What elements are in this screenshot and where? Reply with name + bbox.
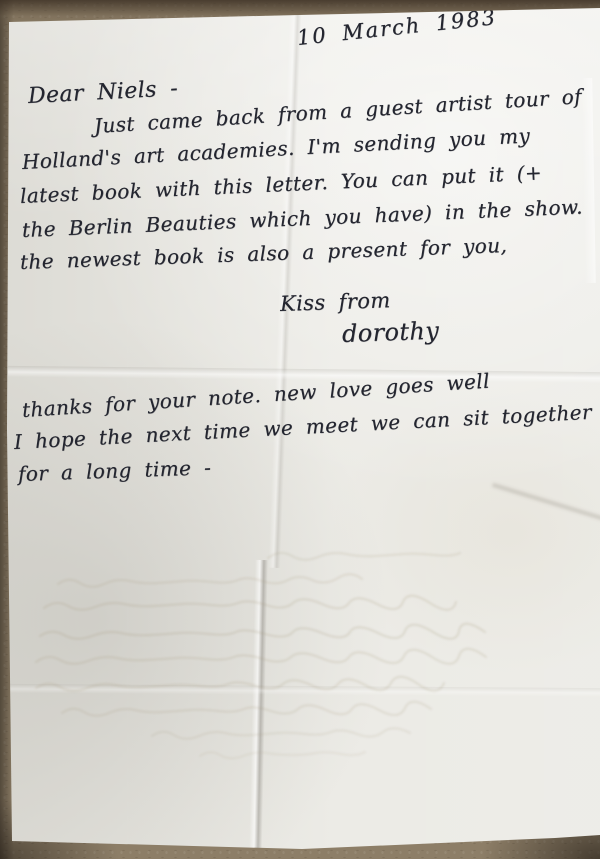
body-line: the newest book is also a present for yo… <box>20 233 508 274</box>
vertical-fold-crease-upper <box>268 6 302 568</box>
postscript-line: for a long time - <box>18 455 212 486</box>
date-line: 10 March 1983 <box>296 5 498 50</box>
salutation-line: Dear Niels - <box>27 76 178 109</box>
bleed-through-writing <box>20 538 580 773</box>
diagonal-crease <box>492 483 600 521</box>
signature-line: dorothy <box>342 317 440 348</box>
right-edge-crease <box>581 78 596 283</box>
closing-line: Kiss from <box>280 288 391 316</box>
letter-photo: 10 March 1983 Dear Niels - Just came bac… <box>0 0 600 859</box>
letter-paper: 10 March 1983 Dear Niels - Just came bac… <box>0 0 600 859</box>
